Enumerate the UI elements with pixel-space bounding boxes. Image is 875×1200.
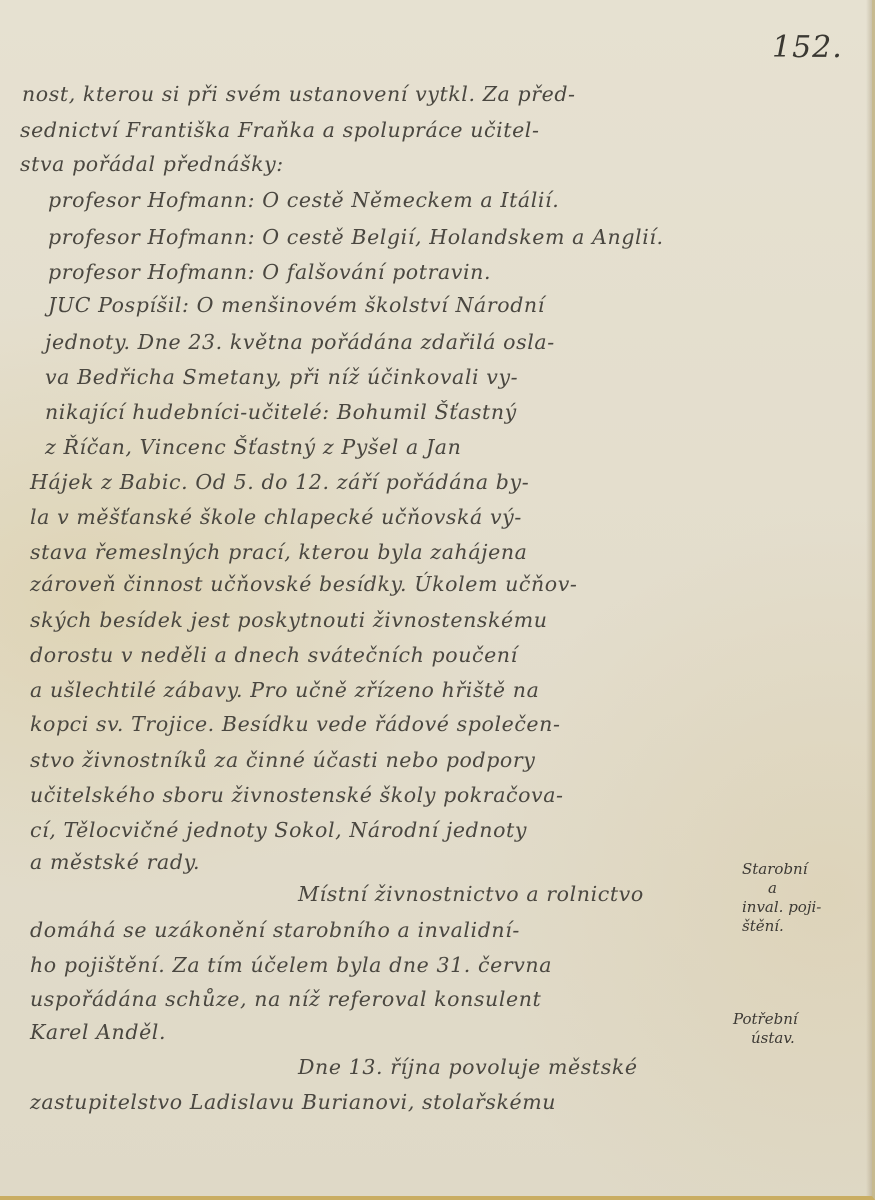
text-line: ho pojištění. Za tím účelem byla dne 31.… — [30, 953, 552, 977]
text-line: nost, kterou si při svém ustanovení vytk… — [22, 82, 576, 106]
text-line: ských besídek jest poskytnouti živnosten… — [30, 608, 548, 632]
text-line: uspořádána schůze, na níž referoval kons… — [30, 987, 541, 1011]
text-line: a městské rady. — [30, 850, 200, 874]
chronicle-page: 152. nost, kterou si při svém ustanovení… — [0, 0, 875, 1200]
margin-note-line: Potřební — [733, 1010, 798, 1029]
text-line: zároveň činnost učňovské besídky. Úkolem… — [30, 572, 577, 596]
text-line: profesor Hofmann: O falšování potravin. — [48, 260, 491, 284]
page-edge-shadow — [866, 0, 872, 1196]
text-line: stava řemeslných prací, kterou byla zahá… — [30, 540, 528, 564]
text-line: la v měšťanské škole chlapecké učňovská … — [30, 505, 522, 529]
text-line: učitelského sboru živnostenské školy pok… — [30, 783, 564, 807]
text-line: Karel Anděl. — [30, 1020, 166, 1044]
text-line: dorostu v neděli a dnech svátečních pouč… — [30, 643, 518, 667]
text-line: stvo živnostníků za činné účasti nebo po… — [30, 748, 535, 772]
margin-note-line: a — [742, 879, 821, 898]
margin-note: Starobníainval. poji-štění. — [742, 860, 821, 936]
text-line: domáhá se uzákonění starobního a invalid… — [30, 918, 520, 942]
text-line: cí, Tělocvičné jednoty Sokol, Národní je… — [30, 818, 527, 842]
text-line: z Říčan, Vincenc Šťastný z Pyšel a Jan — [45, 435, 461, 459]
text-line: zastupitelstvo Ladislavu Burianovi, stol… — [30, 1090, 556, 1114]
text-line: Dne 13. října povoluje městské — [298, 1055, 638, 1079]
text-line: JUC Pospíšil: O menšinovém školství Náro… — [48, 293, 545, 317]
text-line: profesor Hofmann: O cestě Belgií, Holand… — [48, 225, 664, 249]
margin-note-line: ústav. — [733, 1029, 798, 1048]
text-line: Místní živnostnictvo a rolnictvo — [298, 882, 644, 906]
text-line: profesor Hofmann: O cestě Německem a Itá… — [48, 188, 559, 212]
text-line: jednoty. Dne 23. května pořádána zdařilá… — [45, 330, 555, 354]
text-line: va Bedřicha Smetany, při níž účinkovali … — [45, 365, 518, 389]
text-line: kopci sv. Trojice. Besídku vede řádové s… — [30, 712, 560, 736]
text-line: nikající hudebníci-učitelé: Bohumil Šťas… — [45, 400, 517, 424]
margin-note-line: Starobní — [742, 860, 821, 879]
margin-note: Potřebníústav. — [733, 1010, 798, 1048]
page-number: 152. — [772, 30, 843, 65]
text-line: sednictví Františka Fraňka a spolupráce … — [20, 118, 540, 142]
text-line: a ušlechtilé zábavy. Pro učně zřízeno hř… — [30, 678, 539, 702]
margin-note-line: štění. — [742, 917, 821, 936]
margin-note-line: inval. poji- — [742, 898, 821, 917]
text-line: stva pořádal přednášky: — [20, 152, 284, 176]
text-line: Hájek z Babic. Od 5. do 12. září pořádán… — [30, 470, 529, 494]
